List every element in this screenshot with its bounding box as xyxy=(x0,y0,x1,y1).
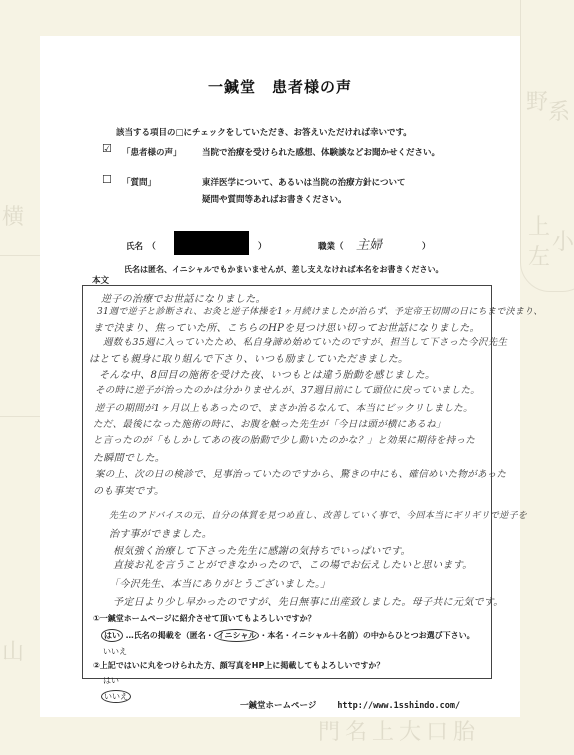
bg-decor-text: 胎 xyxy=(453,720,475,746)
body-line: 週数も35週に入っていたため、私自身諦め始めていたのですが、担当して下さった今沢… xyxy=(103,334,507,348)
body-line: 根気強く治療して下さった先生に感謝の気持ちでいっぱいです。 xyxy=(113,542,411,557)
bg-decor-text: 門 xyxy=(318,720,340,746)
option-desc2-question: 疑問や質問等あればお書きください。 xyxy=(202,193,347,205)
bg-decor-text: 上 xyxy=(528,215,550,241)
body-line: 逆子の期間が1ヶ月以上もあったので、まさか治るなんて、本当にビックリしました。 xyxy=(95,400,473,414)
bg-decor-text: 山 xyxy=(2,640,24,666)
q2-yes-option[interactable]: はい xyxy=(103,675,119,686)
q1-name-choice-prefix: …氏名の掲載を（匿名・ xyxy=(126,631,214,640)
checkbox-patient-voice[interactable]: ☑ xyxy=(102,142,112,155)
footer-label: 一鍼堂ホームページ xyxy=(240,701,316,711)
body-line: そんな中、8回目の施術を受けた夜、いつもとは違う胎動を感じました。 xyxy=(99,366,435,381)
occupation-close: ） xyxy=(422,240,431,252)
option-label-patient-voice: 「患者様の声」 xyxy=(122,146,182,158)
q2-no-row: いいえ xyxy=(101,690,131,703)
bg-frame-line xyxy=(0,255,42,417)
option-desc-question: 東洋医学について、あるいは当院の治療方針について xyxy=(202,176,406,188)
bg-decor-text: 名 xyxy=(345,720,367,746)
bg-decor-text: 左 xyxy=(528,245,550,271)
option-desc-patient-voice: 当院で治療を受けられた感想、体験談などお聞かせください。 xyxy=(202,146,440,158)
question-1: ①一鍼堂ホームページに紹介させて頂いてもよろしいですか？ xyxy=(93,613,316,624)
question-2: ②上記ではいに丸をつけられた方、顔写真をHP上に掲載してもよろしいですか？ xyxy=(93,660,384,671)
name-note: 氏名は匿名、イニシャルでもかまいませんが、差し支えなければ本名をお書きください。 xyxy=(124,264,444,275)
bg-decor-text: 小 xyxy=(552,230,574,256)
body-line: 「今沢先生、本当にありがとうございました。」 xyxy=(109,575,331,590)
option-label-question: 「質問」 xyxy=(122,176,156,188)
body-box: 逆子の治療でお世話になりました。 31週で逆子と診断され、お灸と逆子体操を1ヶ月… xyxy=(82,285,492,679)
question-1-yes-row: はい …氏名の掲載を（匿名・イニシャル・本名・イニシャル＋名前）の中からひとつお… xyxy=(101,629,475,642)
bg-decor-text: 大 xyxy=(399,720,421,746)
q2-no-option-circled[interactable]: いいえ xyxy=(101,690,131,703)
name-redacted-field xyxy=(174,231,249,255)
bg-decor-text: 上 xyxy=(372,720,394,746)
bg-decor-text: 横 xyxy=(2,205,24,231)
bg-decor-text: 野 xyxy=(526,90,548,116)
footer-url-link[interactable]: http://www.1sshindo.com/ xyxy=(337,701,460,711)
body-line: 案の上、次の日の検診で、見事治っていたのですから、驚きの中にも、確信めいた物があ… xyxy=(95,466,506,480)
body-line: のも事実です。 xyxy=(93,482,164,497)
body-line: ただ、最後になった施術の時に、お腹を触った先生が「今日は頭が横にあるね」 xyxy=(93,416,446,430)
name-close: ） xyxy=(258,240,267,252)
form-instruction: 該当する項目の□にチェックをしていただき、お答えいただければ幸いです。 xyxy=(116,126,412,138)
body-line: 治す事ができました。 xyxy=(109,525,212,540)
body-line: 直接お礼を言うことができなかったので、この場でお伝えしたいと思います。 xyxy=(113,556,473,571)
occupation-label: 職業（ xyxy=(318,240,344,252)
q1-no-option[interactable]: いいえ xyxy=(103,646,127,657)
checkbox-question[interactable]: ☐ xyxy=(102,173,112,186)
form-paper: 一鍼堂 患者様の声 該当する項目の□にチェックをしていただき、お答えいただければ… xyxy=(40,36,520,717)
body-line: 逆子の治療でお世話になりました。 xyxy=(101,290,266,305)
bg-decor-text: 系 xyxy=(548,100,570,126)
q1-name-choice-suffix: ・本名・イニシャル＋名前）の中からひとつお選び下さい。 xyxy=(259,631,474,640)
name-label: 氏名 （ xyxy=(126,240,156,252)
q1-name-choice-selected[interactable]: イニシャル xyxy=(214,629,260,642)
q1-yes-option-circled[interactable]: はい xyxy=(101,629,123,642)
footer: 一鍼堂ホームページ http://www.1sshindo.com/ xyxy=(240,699,460,711)
body-line: 31週で逆子と診断され、お灸と逆子体操を1ヶ月続けましたが治らず、予定帝王切開の… xyxy=(97,304,543,317)
bg-decor-text: 口 xyxy=(426,720,448,746)
body-line: と言ったのが「もしかしてあの夜の胎動で少し動いたのかな？」と効果に期待を持った xyxy=(93,432,475,446)
body-line: まで決まり、焦っていた所、こちらのHPを見つけ思い切ってお世話になりました。 xyxy=(93,319,480,334)
body-line: 先生のアドバイスの元、自分の体質を見つめ直し、改善していく事で、今回本当にギリギ… xyxy=(109,508,527,521)
occupation-value: 主婦 xyxy=(356,234,382,253)
body-line: た瞬間でした。 xyxy=(93,449,165,464)
body-line: はとても親身に取り組んで下さり、いつも励ましていただきました。 xyxy=(89,350,408,365)
body-line: 予定日より少し早かったのですが、先日無事に出産致しました。母子共に元気です。 xyxy=(113,593,504,608)
body-line: その時に逆子が治ったのかは分かりませんが、37週目前にして頭位に戻っていました。 xyxy=(95,382,480,396)
form-title: 一鍼堂 患者様の声 xyxy=(40,76,520,97)
